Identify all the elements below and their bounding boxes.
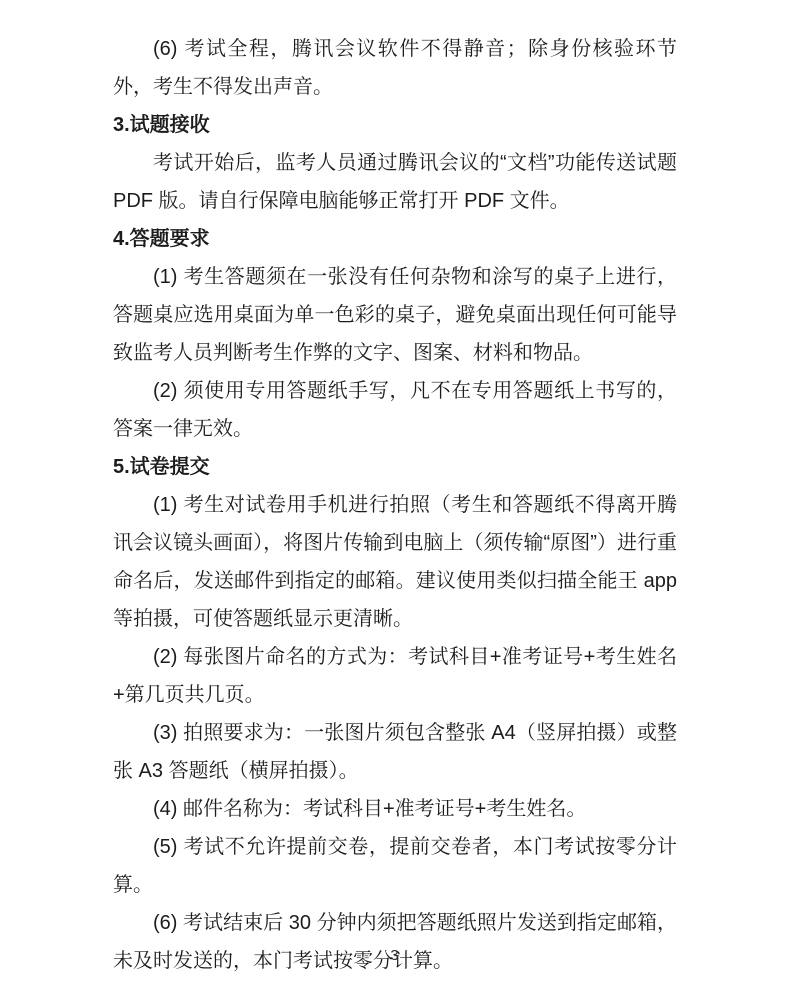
paragraph: (2) 每张图片命名的方式为：考试科目+准考证号+考生姓名+第几页共几页。 (113, 638, 677, 714)
paragraph: (6) 考试全程，腾讯会议软件不得静音；除身份核验环节外，考生不得发出声音。 (113, 30, 677, 106)
paragraph: (6) 考试结束后 30 分钟内须把答题纸照片发送到指定邮箱，未及时发送的，本门… (113, 904, 677, 980)
section-heading: 3.试题接收 (113, 106, 677, 144)
paragraph: (3) 拍照要求为：一张图片须包含整张 A4（竖屏拍摄）或整张 A3 答题纸（横… (113, 714, 677, 790)
page-number: 3 (0, 946, 789, 966)
paragraph: (1) 考生答题须在一张没有任何杂物和涂写的桌子上进行，答题桌应选用桌面为单一色… (113, 258, 677, 372)
section-heading: 5.试卷提交 (113, 448, 677, 486)
paragraph: 考试开始后，监考人员通过腾讯会议的“文档”功能传送试题 PDF 版。请自行保障电… (113, 144, 677, 220)
paragraph: (4) 邮件名称为：考试科目+准考证号+考生姓名。 (113, 790, 677, 828)
document-page: (6) 考试全程，腾讯会议软件不得静音；除身份核验环节外，考生不得发出声音。3.… (0, 0, 789, 997)
document-content: (6) 考试全程，腾讯会议软件不得静音；除身份核验环节外，考生不得发出声音。3.… (113, 30, 677, 980)
paragraph: (2) 须使用专用答题纸手写，凡不在专用答题纸上书写的，答案一律无效。 (113, 372, 677, 448)
paragraph: (5) 考试不允许提前交卷，提前交卷者，本门考试按零分计算。 (113, 828, 677, 904)
section-heading: 4.答题要求 (113, 220, 677, 258)
paragraph: (1) 考生对试卷用手机进行拍照（考生和答题纸不得离开腾讯会议镜头画面），将图片… (113, 486, 677, 638)
